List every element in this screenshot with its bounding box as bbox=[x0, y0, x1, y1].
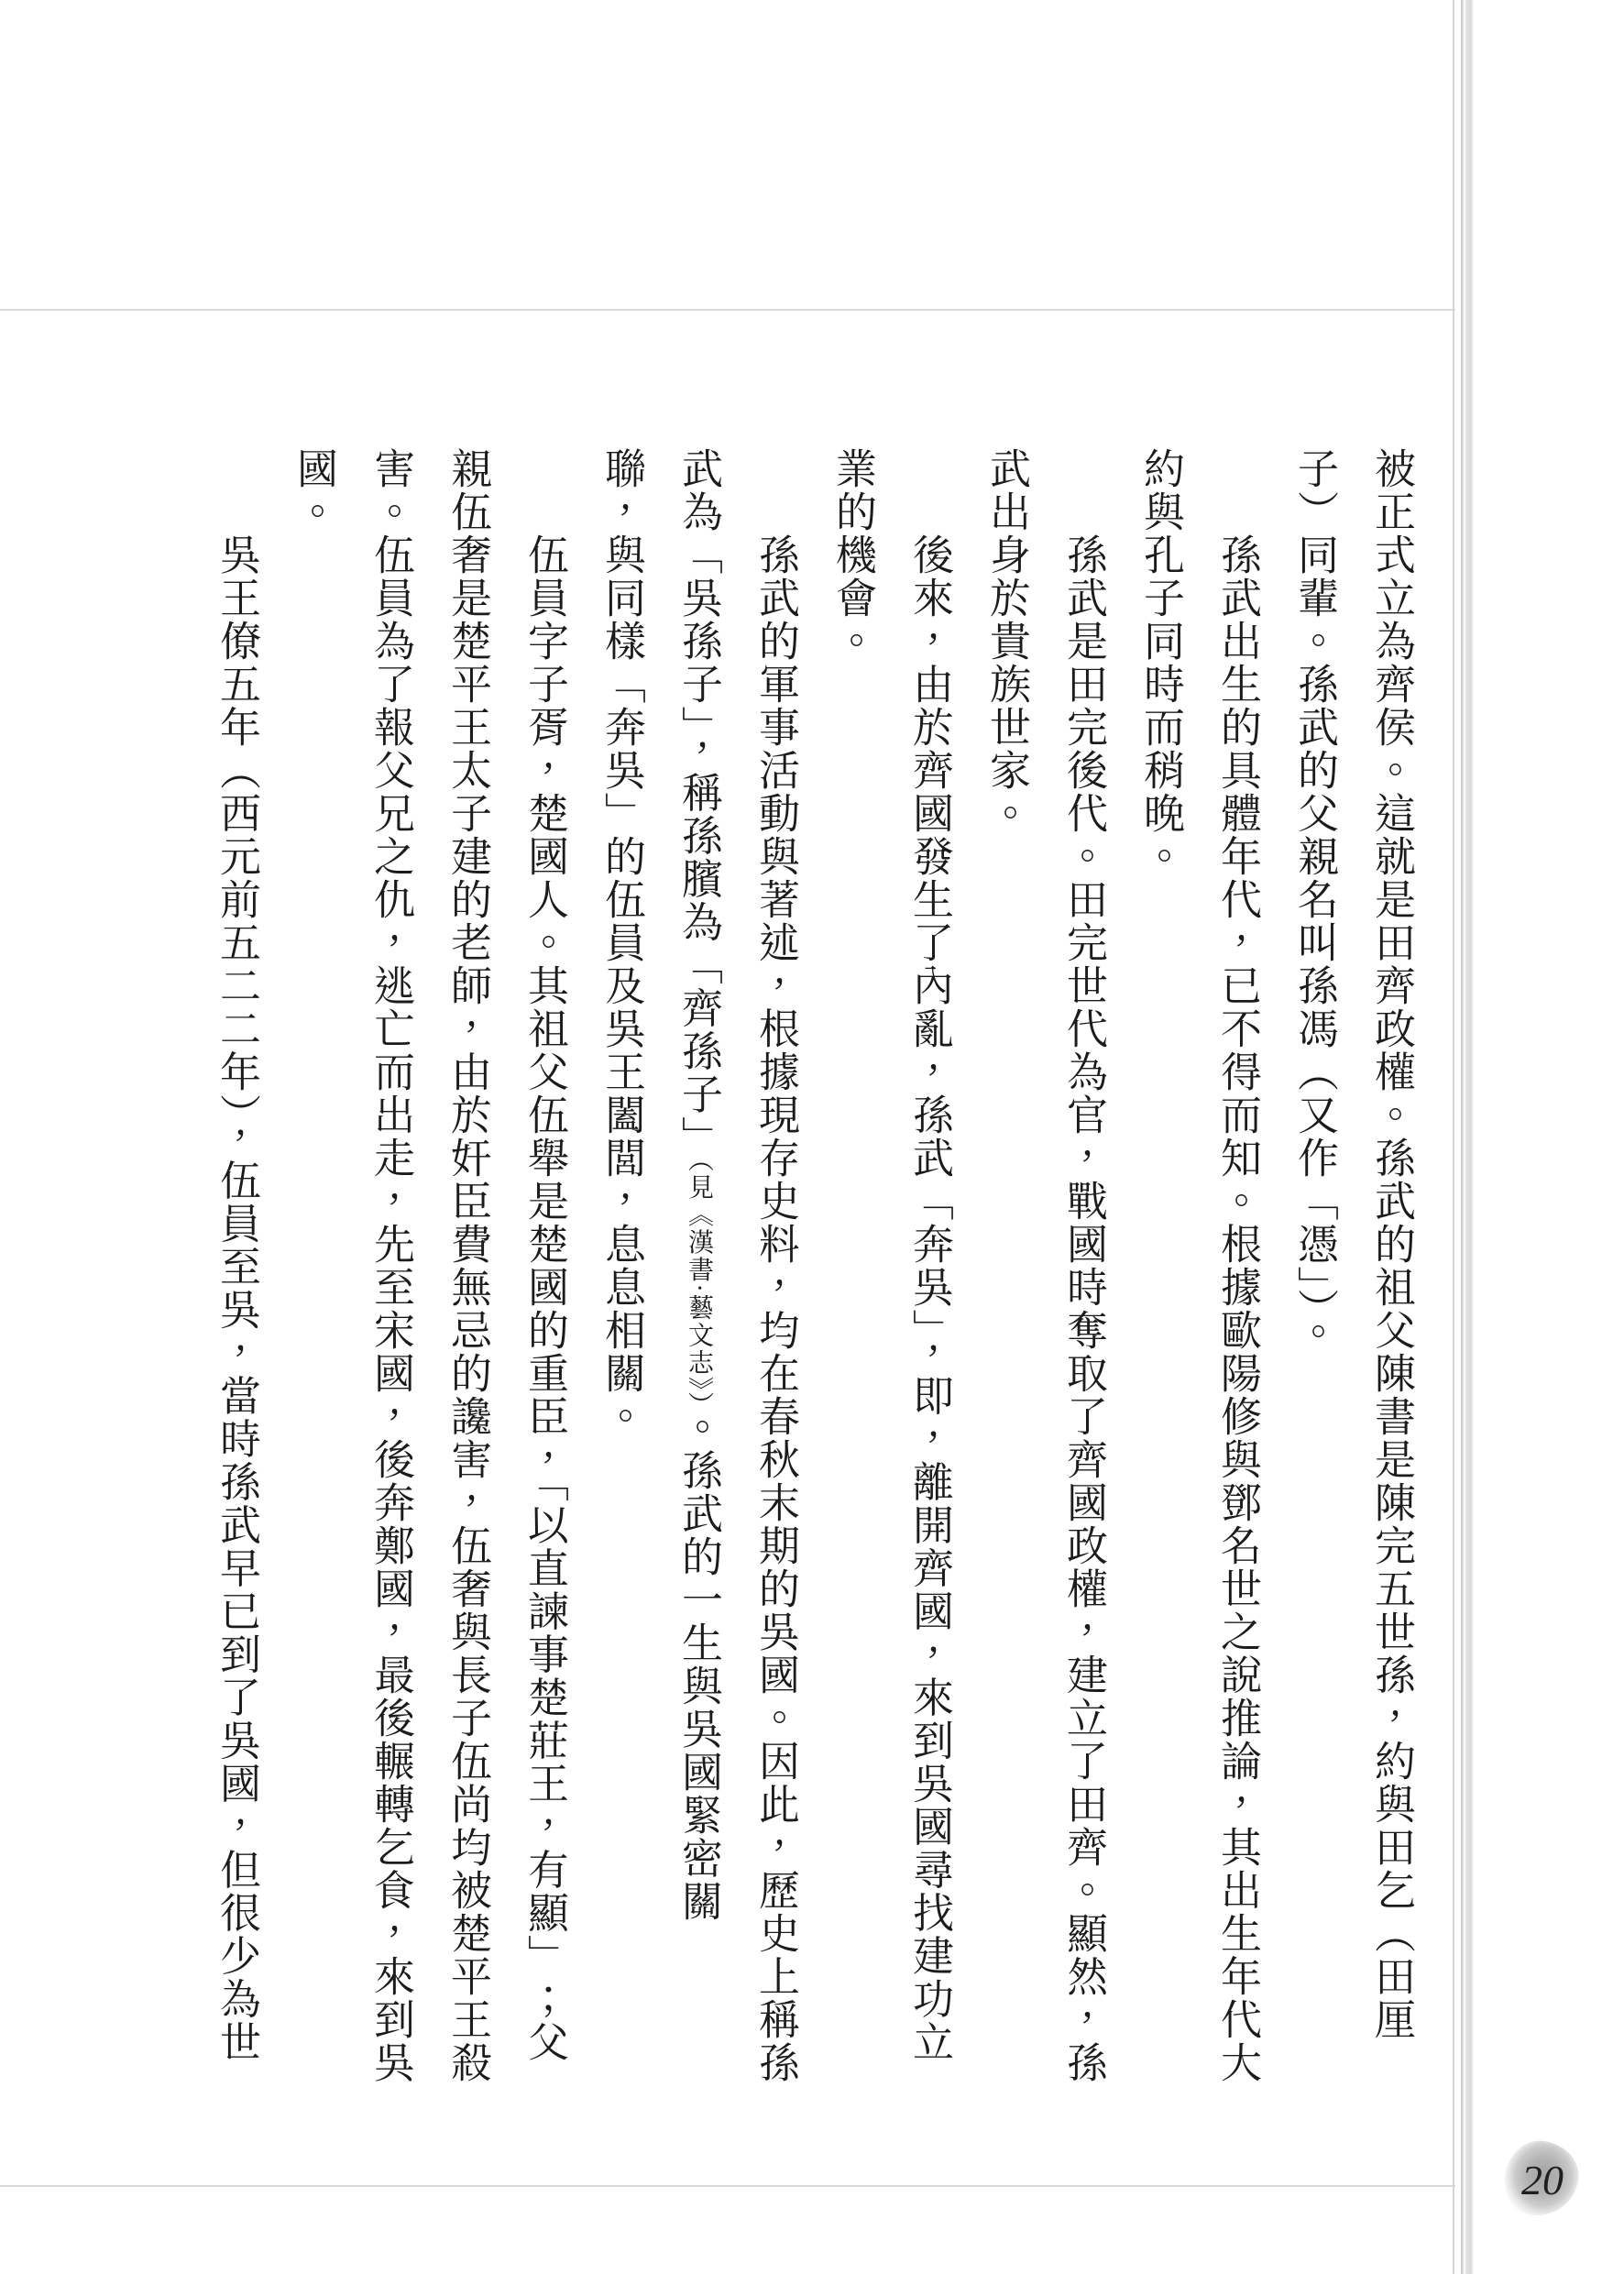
page-right-border-line bbox=[1453, 0, 1454, 2274]
text-column: 業的機會。 bbox=[814, 447, 891, 2099]
column-text: 國。 bbox=[291, 447, 336, 533]
column-text: 親伍奢是楚平王太子建的老師，由於奸臣費無忌的讒害，伍奢與長子伍尚均被楚平王殺 bbox=[444, 447, 490, 2084]
text-column: 親伍奢是楚平王太子建的老師，由於奸臣費無忌的讒害，伍奢與長子伍尚均被楚平王殺 bbox=[429, 447, 506, 2099]
page-bottom-border-line bbox=[0, 2185, 1455, 2187]
column-text: 孫武的軍事活動與著述，根據現存史料，均在春秋末期的吳國。因此，歷史上稱孫 bbox=[752, 533, 798, 2084]
column-text: 伍員字子胥，楚國人。其祖父伍舉是楚國的重臣，「以直諫事楚莊王，有顯」；父 bbox=[521, 533, 567, 2064]
column-text: 約與孔子同時而稍晚。 bbox=[1137, 447, 1183, 878]
column-text: 武出身於貴族世家。 bbox=[983, 447, 1029, 835]
page-top-border-line bbox=[0, 309, 1455, 311]
inline-note-small-text: （見《漢書·藝文志》） bbox=[685, 1159, 713, 1406]
text-column: 子）同輩。孫武的父親名叫孫馮（又作「憑」）。 bbox=[1276, 447, 1353, 2099]
text-columns: 被正式立為齊侯。這就是田齊政權。孫武的祖父陳書是陳完五世孫，約與田乞（田厘子）同… bbox=[198, 447, 1430, 2099]
text-column: 伍員字子胥，楚國人。其祖父伍舉是楚國的重臣，「以直諫事楚莊王，有顯」；父 bbox=[506, 447, 583, 2099]
book-page: { "page": { "number": "20", "language": … bbox=[0, 0, 1624, 2274]
column-text: 。孫武的一生與吳國緊密關 bbox=[675, 1406, 721, 1923]
text-column: 武為「吳孫子」，稱孫臏為「齊孫子」（見《漢書·藝文志》）。孫武的一生與吳國緊密關 bbox=[660, 447, 737, 2099]
column-text: 業的機會。 bbox=[829, 447, 875, 663]
text-column: 害。伍員為了報父兄之仇，逃亡而出走，先至宋國，後奔鄭國，最後輾轉乞食，來到吳 bbox=[352, 447, 429, 2099]
text-column: 國。 bbox=[275, 447, 352, 2099]
text-column: 後來，由於齊國發生了內亂，孫武「奔吳」，即，離開齊國，來到吳國尋找建功立 bbox=[891, 447, 968, 2099]
text-column: 被正式立為齊侯。這就是田齊政權。孫武的祖父陳書是陳完五世孫，約與田乞（田厘 bbox=[1353, 447, 1430, 2099]
text-column: 孫武出生的具體年代，已不得而知。根據歐陽修與鄧名世之說推論，其出生年代大 bbox=[1199, 447, 1276, 2099]
text-column: 聯，與同樣「奔吳」的伍員及吳王闔閭，息息相關。 bbox=[583, 447, 660, 2099]
text-column: 約與孔子同時而稍晚。 bbox=[1122, 447, 1199, 2099]
column-text: 孫武是田完後代。田完世代為官，戰國時奪取了齊國政權，建立了田齊。顯然，孫 bbox=[1060, 533, 1106, 2084]
column-text: 聯，與同樣「奔吳」的伍員及吳王闔閭，息息相關。 bbox=[598, 447, 644, 1438]
text-column: 孫武的軍事活動與著述，根據現存史料，均在春秋末期的吳國。因此，歷史上稱孫 bbox=[737, 447, 814, 2099]
column-text: 武為「吳孫子」，稱孫臏為「齊孫子」 bbox=[675, 447, 721, 1159]
column-text: 吳王僚五年（西元前五二二年），伍員至吳，當時孫武早已到了吳國，但很少為世 bbox=[214, 533, 259, 2064]
text-column: 吳王僚五年（西元前五二二年），伍員至吳，當時孫武早已到了吳國，但很少為世 bbox=[198, 447, 275, 2099]
page-edge-band bbox=[1461, 0, 1474, 2274]
text-column: 孫武是田完後代。田完世代為官，戰國時奪取了齊國政權，建立了田齊。顯然，孫 bbox=[1045, 447, 1122, 2099]
column-text: 孫武出生的具體年代，已不得而知。根據歐陽修與鄧名世之說推論，其出生年代大 bbox=[1214, 533, 1260, 2084]
column-text: 被正式立為齊侯。這就是田齊政權。孫武的祖父陳書是陳完五世孫，約與田乞（田厘 bbox=[1368, 447, 1414, 2041]
column-text: 後來，由於齊國發生了內亂，孫武「奔吳」，即，離開齊國，來到吳國尋找建功立 bbox=[906, 533, 952, 2064]
column-text: 子）同輩。孫武的父親名叫孫馮（又作「憑」）。 bbox=[1291, 447, 1337, 1354]
text-column: 武出身於貴族世家。 bbox=[968, 447, 1045, 2099]
column-text: 害。伍員為了報父兄之仇，逃亡而出走，先至宋國，後奔鄭國，最後輾轉乞食，來到吳 bbox=[368, 447, 413, 2084]
page-number: 20 bbox=[1521, 2159, 1576, 2202]
